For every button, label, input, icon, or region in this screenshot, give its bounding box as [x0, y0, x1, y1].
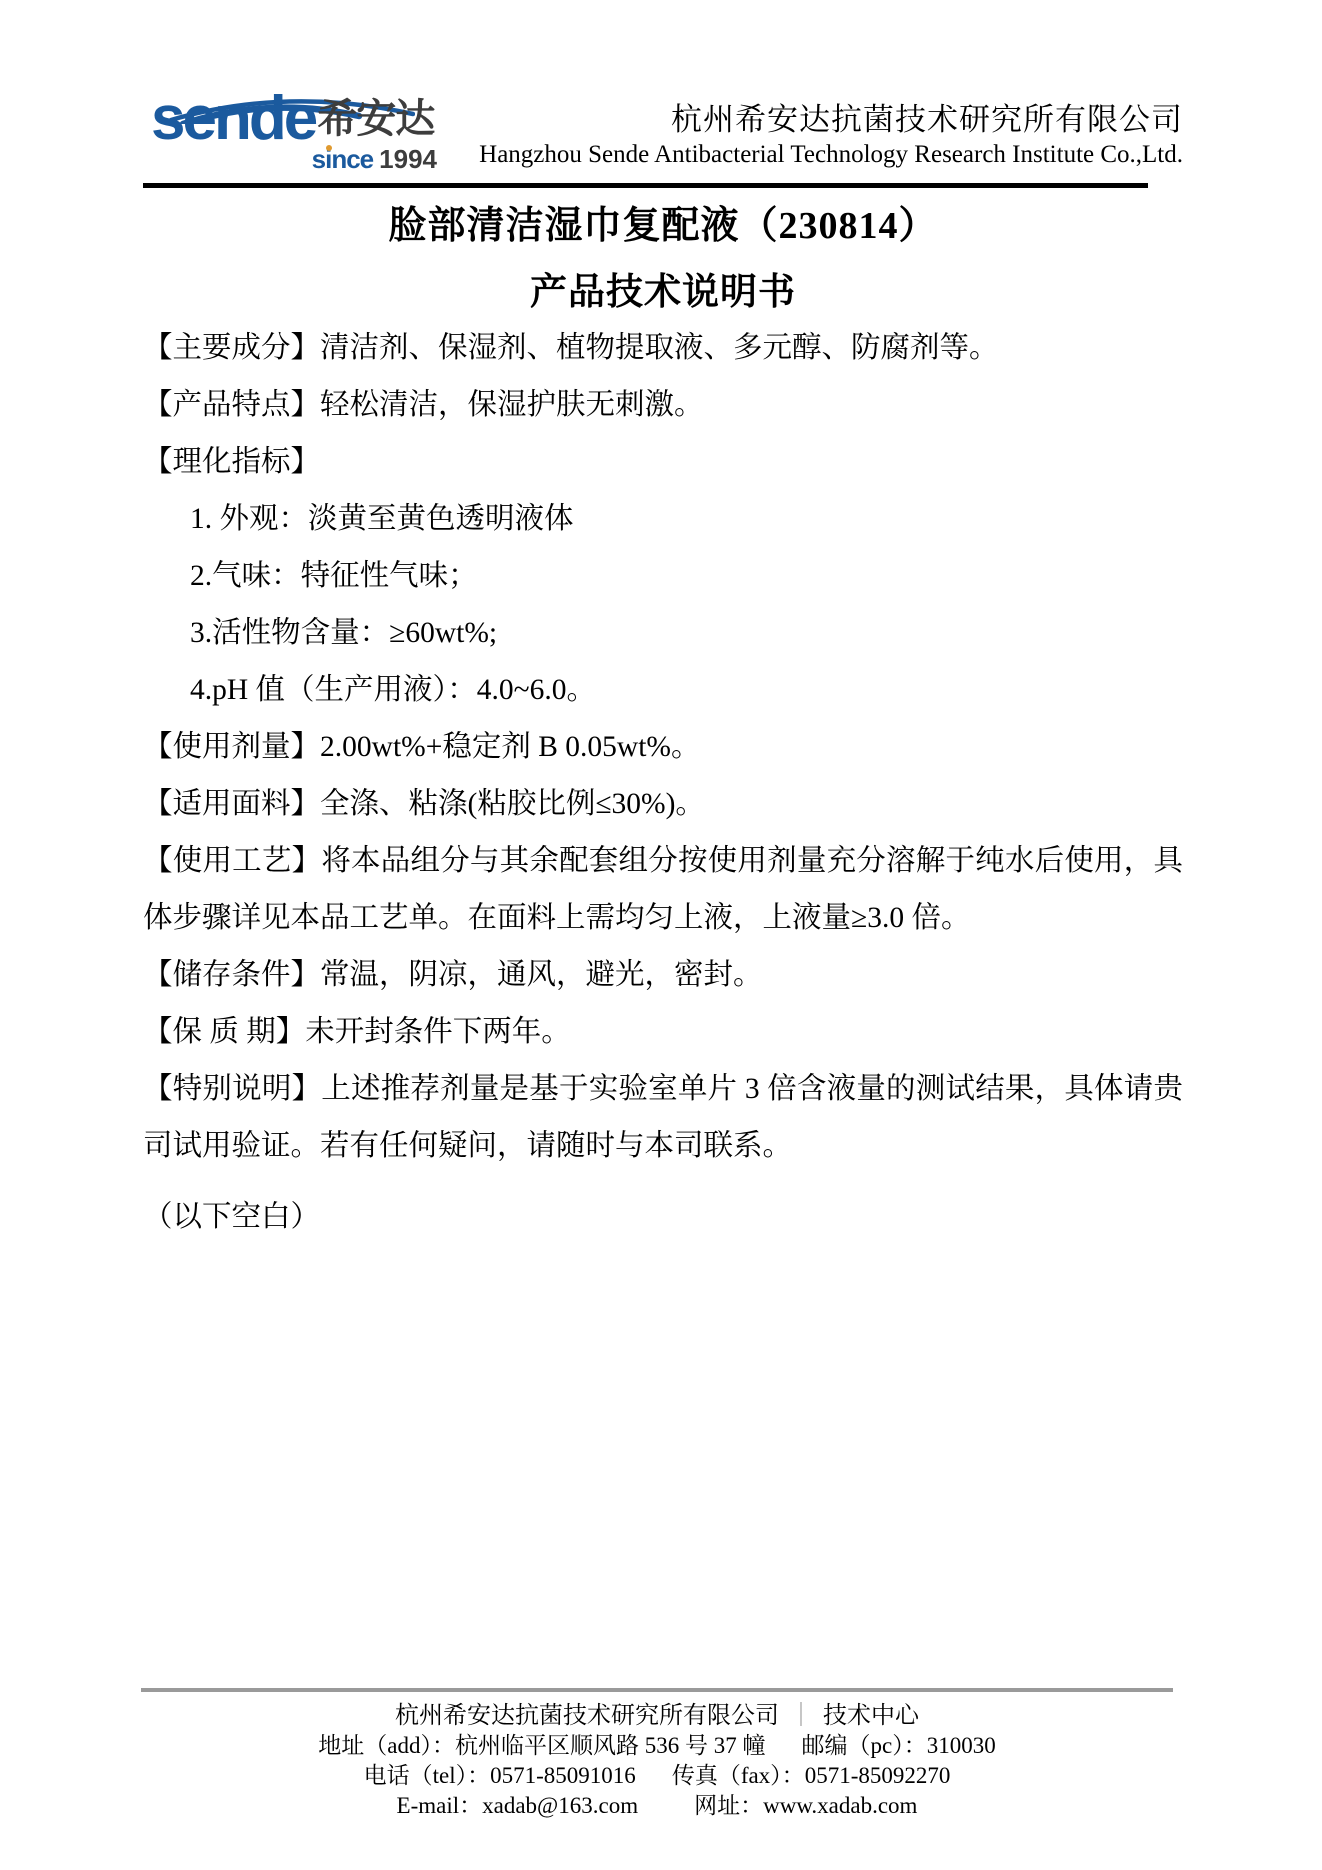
section-special-note: 【特别说明】上述推荐剂量是基于实验室单片 3 倍含液量的测试结果，具体请贵司试用… — [143, 1061, 1183, 1175]
logo-since-word: since — [312, 144, 374, 174]
logo-since-year: 1994 — [379, 144, 437, 174]
email-value: xadab@163.com — [482, 1793, 638, 1818]
section-shelf-life: 【保 质 期】未开封条件下两年。 — [143, 1004, 1183, 1061]
section-text: 2.00wt%+稳定剂 B 0.05wt%。 — [320, 731, 700, 763]
footer-contact-line: E-mail：xadab@163.com网址：www.xadab.com — [141, 1791, 1173, 1821]
section-label: 【保 质 期】 — [143, 1016, 305, 1048]
postcode-value: 310030 — [927, 1733, 996, 1758]
item-ph-value: 4.pH 值（生产用液）：4.0~6.0。 — [143, 662, 1183, 719]
header-divider — [143, 183, 1148, 188]
section-dosage: 【使用剂量】2.00wt%+稳定剂 B 0.05wt%。 — [143, 719, 1183, 776]
section-main-ingredients: 【主要成分】清洁剂、保湿剂、植物提取液、多元醇、防腐剂等。 — [143, 320, 1183, 377]
section-text: 清洁剂、保湿剂、植物提取液、多元醇、防腐剂等。 — [320, 332, 999, 364]
footer-address-line: 地址（add）：杭州临平区顺风路 536 号 37 幢邮编（pc）：310030 — [141, 1731, 1173, 1761]
address-value: 杭州临平区顺风路 536 号 37 幢 — [455, 1733, 766, 1758]
footer-department: 技术中心 — [823, 1703, 919, 1729]
section-text: 全涤、粘涤(粘胶比例≤30%)。 — [320, 788, 705, 820]
section-label: 【使用剂量】 — [143, 731, 320, 763]
section-text: 未开封条件下两年。 — [305, 1016, 571, 1048]
letterhead: sende希安达 since1994 杭州希安达抗菌技术研究所有限公司 Hang… — [143, 0, 1183, 188]
item-active-content: 3.活性物含量：≥60wt%; — [143, 605, 1183, 662]
section-label: 【特别说明】 — [143, 1073, 321, 1105]
footer-company-line: 杭州希安达抗菌技术研究所有限公司｜技术中心 — [141, 1701, 1173, 1731]
section-label: 【使用工艺】 — [143, 845, 321, 877]
logo-brand-cn: 希安达 — [317, 97, 434, 141]
address-label: 地址（add）： — [318, 1733, 455, 1758]
page-subtitle: 产品技术说明书 — [143, 272, 1183, 314]
section-label: 【产品特点】 — [143, 389, 320, 421]
section-storage: 【储存条件】常温，阴凉，通风，避光，密封。 — [143, 947, 1183, 1004]
item-text: 2.气味：特征性气味； — [190, 560, 478, 592]
section-label: 【主要成分】 — [143, 332, 320, 364]
postcode-label: 邮编（pc）： — [802, 1733, 927, 1758]
page-title: 脸部清洁湿巾复配液（230814） — [143, 205, 1183, 247]
section-text: 轻松清洁，保湿护肤无刺激。 — [320, 389, 704, 421]
document-page: sende希安达 since1994 杭州希安达抗菌技术研究所有限公司 Hang… — [0, 0, 1322, 1870]
section-text: 常温，阴凉，通风，避光，密封。 — [320, 959, 763, 991]
item-text: 1. 外观：淡黄至黄色透明液体 — [190, 503, 574, 535]
tel-label: 电话（tel）： — [364, 1763, 491, 1788]
footer-phone-line: 电话（tel）：0571-85091016传真（fax）：0571-850922… — [141, 1761, 1173, 1791]
document-body: 脸部清洁湿巾复配液（230814） 产品技术说明书 【主要成分】清洁剂、保湿剂、… — [143, 205, 1183, 1246]
item-appearance: 1. 外观：淡黄至黄色透明液体 — [143, 491, 1183, 548]
spec-sections: 【主要成分】清洁剂、保湿剂、植物提取液、多元醇、防腐剂等。 【产品特点】轻松清洁… — [143, 320, 1183, 1246]
item-text: 3.活性物含量：≥60wt%; — [190, 617, 497, 649]
section-label: 【储存条件】 — [143, 959, 320, 991]
item-text: 4.pH 值（生产用液）：4.0~6.0。 — [190, 674, 596, 706]
company-logo: sende希安达 since1994 — [151, 88, 441, 172]
footer-separator: ｜ — [779, 1703, 823, 1729]
fax-value: 0571-85092270 — [805, 1763, 951, 1788]
item-odor: 2.气味：特征性气味； — [143, 548, 1183, 605]
company-name-cn: 杭州希安达抗菌技术研究所有限公司 — [479, 100, 1183, 140]
section-usage-process: 【使用工艺】将本品组分与其余配套组分按使用剂量充分溶解于纯水后使用，具体步骤详见… — [143, 833, 1183, 947]
section-text: （以下空白） — [143, 1201, 320, 1233]
email-label: E-mail： — [397, 1793, 483, 1818]
document-footer: 杭州希安达抗菌技术研究所有限公司｜技术中心 地址（add）：杭州临平区顺风路 5… — [141, 1688, 1173, 1821]
website-value: www.xadab.com — [763, 1793, 917, 1818]
section-label: 【理化指标】 — [143, 446, 320, 478]
blank-below-note: （以下空白） — [143, 1189, 1183, 1246]
section-applicable-fabric: 【适用面料】全涤、粘涤(粘胶比例≤30%)。 — [143, 776, 1183, 833]
page-content: sende希安达 since1994 杭州希安达抗菌技术研究所有限公司 Hang… — [143, 0, 1183, 1246]
footer-divider — [141, 1688, 1173, 1692]
footer-company: 杭州希安达抗菌技术研究所有限公司 — [395, 1703, 779, 1729]
tel-value: 0571-85091016 — [490, 1763, 636, 1788]
section-product-features: 【产品特点】轻松清洁，保湿护肤无刺激。 — [143, 377, 1183, 434]
section-physchem-header: 【理化指标】 — [143, 434, 1183, 491]
company-name-en: Hangzhou Sende Antibacterial Technology … — [479, 140, 1183, 170]
website-label: 网址： — [694, 1793, 763, 1818]
logo-since: since1994 — [151, 146, 441, 172]
company-name-block: 杭州希安达抗菌技术研究所有限公司 Hangzhou Sende Antibact… — [479, 100, 1183, 170]
section-label: 【适用面料】 — [143, 788, 320, 820]
fax-label: 传真（fax）： — [672, 1763, 805, 1788]
orange-dot-icon — [326, 145, 332, 151]
